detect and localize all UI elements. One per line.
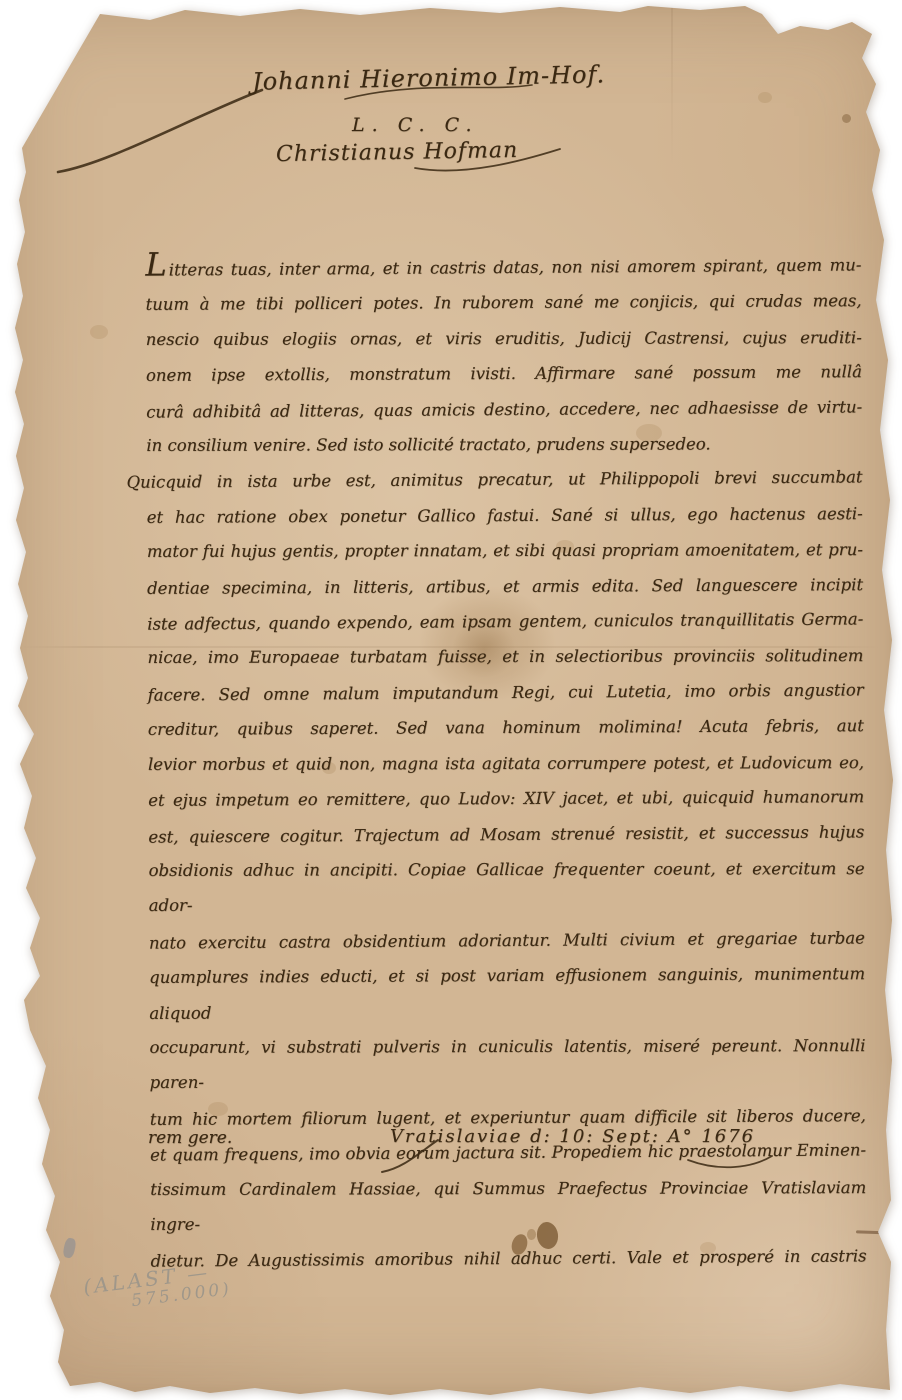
body-lines: Litteras tuas, inter arma, et in castris…: [145, 248, 866, 1279]
paper-shadow-wrap: Johanni Hieronimo Im-Hof. L. C. C. Chris…: [0, 0, 902, 1400]
photograph-of-letter: Johanni Hieronimo Im-Hof. L. C. C. Chris…: [0, 0, 902, 1400]
manuscript-line: et hac ratione obex ponetur Gallico fast…: [147, 496, 863, 535]
manuscript-line: occuparunt, vi substrati pulveris in cun…: [149, 1028, 865, 1101]
manuscript-line: dietur. De Augustissimis amoribus nihil …: [150, 1239, 866, 1280]
foxing-spot: [842, 114, 851, 123]
manuscript-line: tissimum Cardinalem Hassiae, qui Summus …: [150, 1170, 866, 1243]
dateline: Vratislaviae d: 10: Sept: A° 1676: [390, 1126, 755, 1147]
manuscript-line: nato exercitu castra obsidentium adorian…: [149, 920, 865, 961]
vertical-crease: [671, 8, 673, 166]
manuscript-line: Litteras tuas, inter arma, et in castris…: [145, 247, 861, 288]
manuscript-line: nicae, imo Europaeae turbatam fuisse, et…: [147, 639, 863, 676]
manuscript-paper-sheet: Johanni Hieronimo Im-Hof. L. C. C. Chris…: [0, 0, 902, 1400]
manuscript-line: levior morbus et quid non, magna ista ag…: [148, 745, 864, 782]
manuscript-line: nescio quibus elogiis ornas, et viris er…: [146, 320, 862, 357]
foxing-spot: [758, 92, 772, 103]
manuscript-line: tuum à me tibi polliceri potes. In rubor…: [146, 284, 862, 323]
manuscript-line: quamplures indies educti, et si post var…: [149, 956, 865, 1031]
sender-line: Christianus Hofman: [276, 138, 519, 167]
foxing-spot: [90, 325, 108, 339]
manuscript-line: et ejus impetum eo remittere, quo Ludov:…: [148, 779, 864, 818]
salutation-abbreviation: L. C. C.: [352, 114, 479, 136]
manuscript-line: in consilium venire. Sed isto sollicité …: [146, 426, 862, 463]
manuscript-line: mator fui hujus gentis, propter innatam,…: [147, 532, 863, 569]
closing-words: rem gere.: [148, 1128, 232, 1148]
manuscript-line: obsidionis adhuc in ancipiti. Copiae Gal…: [149, 851, 865, 924]
manuscript-line: onem ipse extollis, monstratum ivisti. A…: [146, 354, 862, 393]
manuscript-line: dentiae specimina, in litteris, artibus,…: [147, 567, 863, 606]
manuscript-line: iste adfectus, quando expendo, eam ipsam…: [147, 601, 863, 642]
manuscript-line: creditur, quibus saperet. Sed vana homin…: [148, 708, 864, 747]
manuscript-line: est, quiescere cogitur. Trajectum ad Mos…: [148, 814, 864, 855]
manuscript-line: Quicquid in ista urbe est, animitus prec…: [126, 460, 862, 501]
manuscript-line: curâ adhibitâ ad litteras, quas amicis d…: [146, 389, 862, 430]
manuscript-line: facere. Sed omne malum imputandum Regi, …: [148, 672, 864, 713]
